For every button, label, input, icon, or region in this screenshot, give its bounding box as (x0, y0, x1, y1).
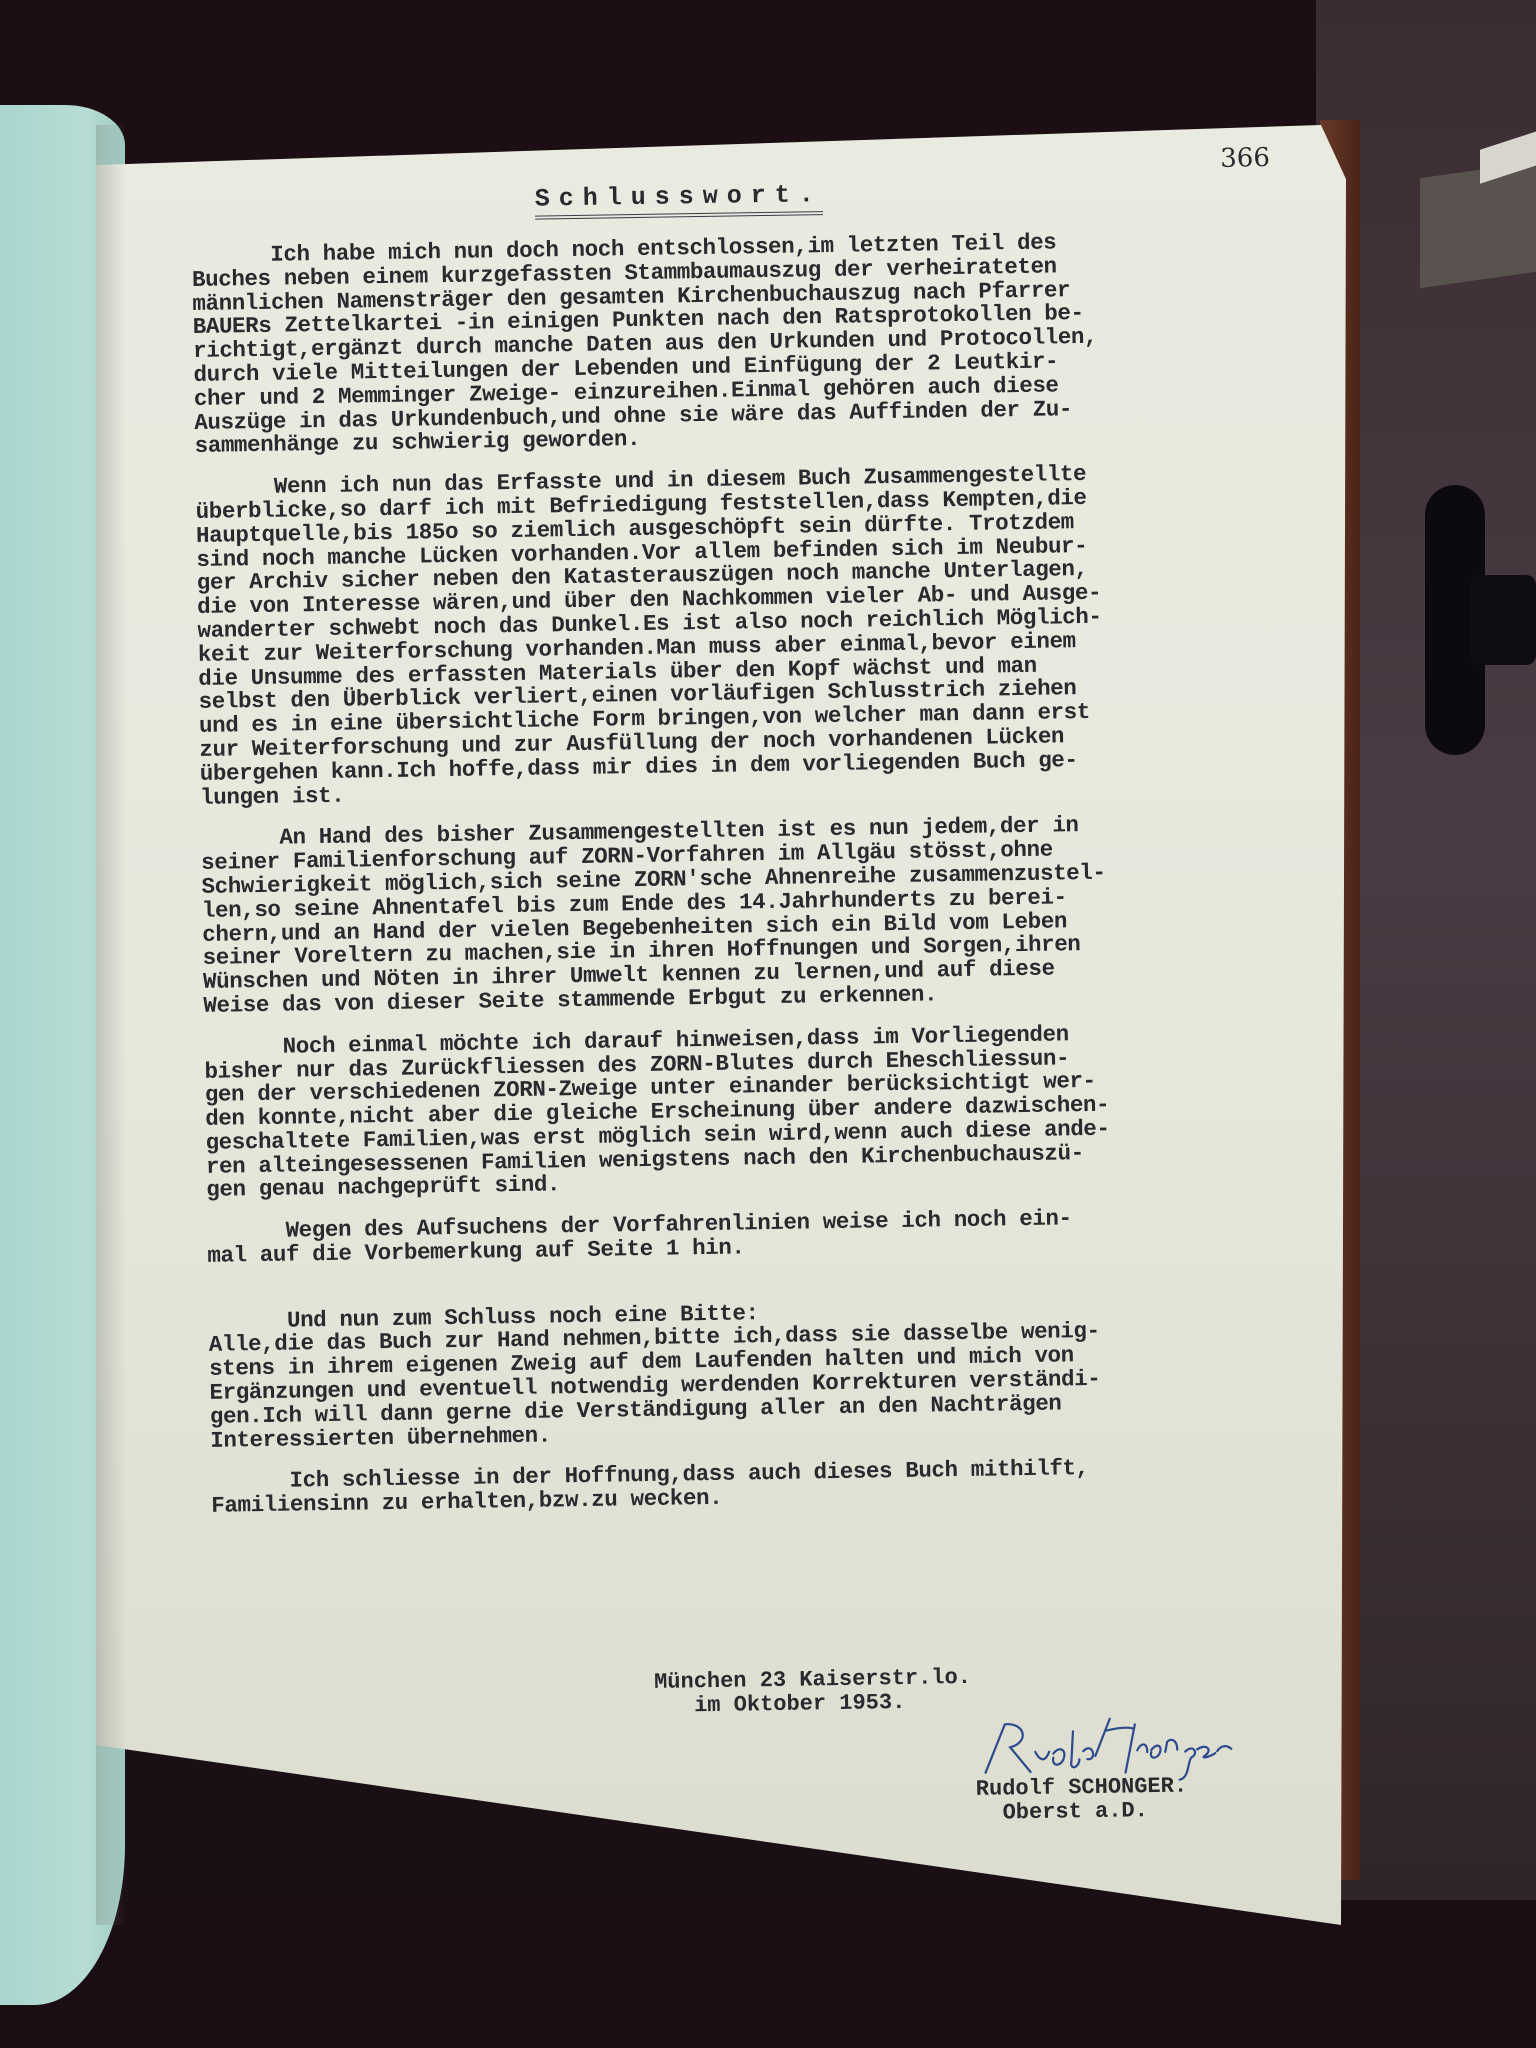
page-title: Schlusswort. (535, 180, 824, 220)
paragraph: Noch einmal möchte ich darauf hinweisen,… (204, 1019, 1326, 1203)
paragraph: An Hand des bisher Zusammengestellten is… (201, 811, 1324, 1019)
page-gutter-shadow (96, 125, 126, 1925)
paragraph: Wegen des Aufsuchens der Vorfahrenlinien… (207, 1204, 1328, 1269)
author-block: Rudolf SCHONGER. Oberst a.D. (976, 1775, 1188, 1826)
place-line: München 23 Kaiserstr.lo. (654, 1665, 971, 1695)
background-object (1420, 162, 1536, 288)
background-handle-bar (1470, 575, 1536, 665)
paragraph: Und nun zum Schluss noch eine Bitte:Alle… (208, 1269, 1330, 1453)
page-number: 366 (1220, 143, 1270, 174)
body-text: Ich habe mich nun doch noch entschlossen… (191, 227, 1331, 1518)
page-content: 366 Schlusswort. Ich habe mich nun doch … (190, 132, 1331, 1518)
background-bottom (0, 1900, 1536, 2048)
author-title: Oberst a.D. (976, 1798, 1148, 1826)
paragraph: Ich habe mich nun doch noch entschlossen… (191, 227, 1314, 459)
date-line: im Oktober 1953. (654, 1690, 905, 1719)
paragraph: Wenn ich nun das Erfasste und in diesem … (195, 460, 1320, 811)
signoff-block: München 23 Kaiserstr.lo. im Oktober 1953… (654, 1666, 972, 1719)
author-name: Rudolf SCHONGER. (976, 1774, 1188, 1802)
